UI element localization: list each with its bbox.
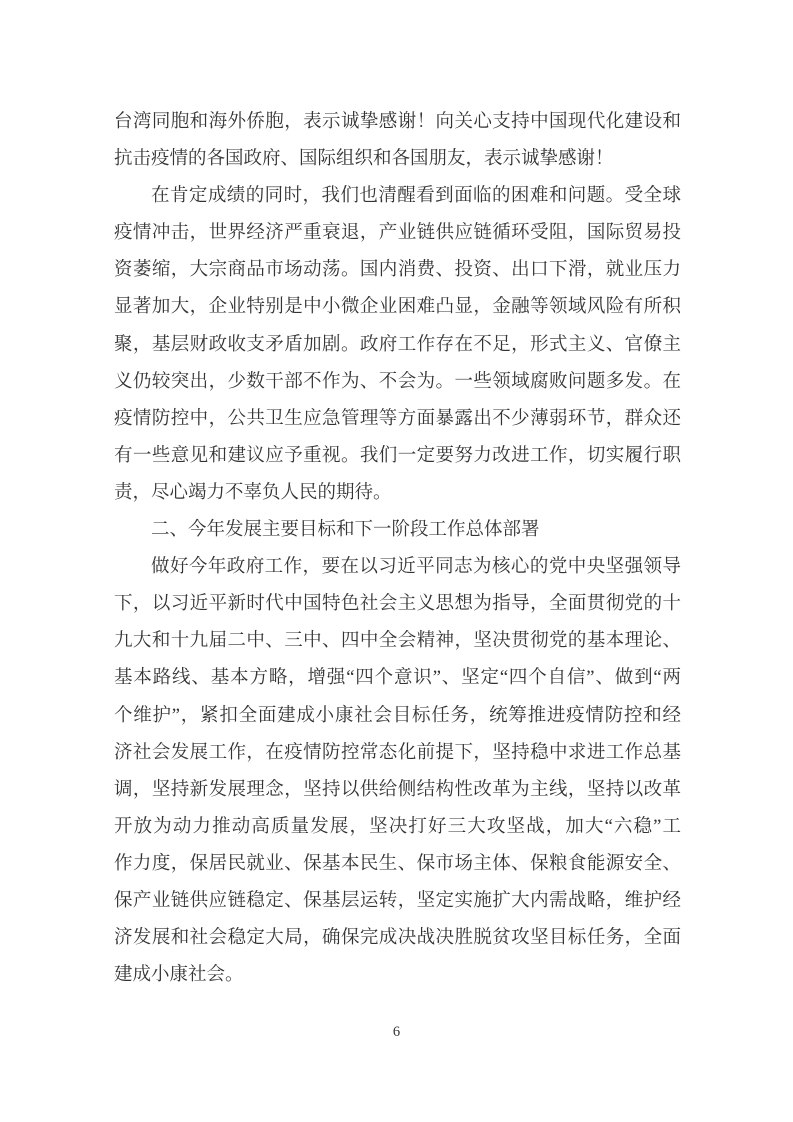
text-line: 下，以习近平新时代中国特色社会主义思想为指导，全面贯彻党的十 xyxy=(114,586,681,623)
text-line: 作力度，保居民就业、保基本民生、保市场主体、保粮食能源安全、 xyxy=(114,846,681,883)
text-line: 在肯定成绩的同时，我们也清醒看到面临的困难和问题。受全球 xyxy=(114,178,681,215)
text-line: 九大和十九届二中、三中、四中全会精神，坚决贯彻党的基本理论、 xyxy=(114,623,681,660)
text-line: 有一些意见和建议应予重视。我们一定要努力改进工作，切实履行职 xyxy=(114,438,681,475)
section-heading: 二、今年发展主要目标和下一阶段工作总体部署 xyxy=(114,512,681,549)
text-line: 保产业链供应链稳定、保基层运转，坚定实施扩大内需战略，维护经 xyxy=(114,883,681,920)
text-line: 疫情冲击，世界经济严重衰退，产业链供应链循环受阻，国际贸易投 xyxy=(114,215,681,252)
text-line: 调，坚持新发展理念，坚持以供给侧结构性改革为主线，坚持以改革 xyxy=(114,772,681,809)
text-line: 济社会发展工作，在疫情防控常态化前提下，坚持稳中求进工作总基 xyxy=(114,735,681,772)
text-line: 做好今年政府工作，要在以习近平同志为核心的党中央坚强领导 xyxy=(114,549,681,586)
text-line: 疫情防控中，公共卫生应急管理等方面暴露出不少薄弱环节，群众还 xyxy=(114,401,681,438)
page-number: 6 xyxy=(393,1024,400,1040)
page-footer: 6 xyxy=(0,1022,793,1042)
text-line: 台湾同胞和海外侨胞，表示诚挚感谢！向关心支持中国现代化建设和 xyxy=(114,104,681,141)
text-line: 责，尽心竭力不辜负人民的期待。 xyxy=(114,475,681,512)
text-line: 义仍较突出，少数干部不作为、不会为。一些领域腐败问题多发。在 xyxy=(114,364,681,401)
document-page: 台湾同胞和海外侨胞，表示诚挚感谢！向关心支持中国现代化建设和 抗击疫情的各国政府… xyxy=(0,0,793,1122)
text-line: 资萎缩，大宗商品市场动荡。国内消费、投资、出口下滑，就业压力 xyxy=(114,252,681,289)
text-line: 抗击疫情的各国政府、国际组织和各国朋友，表示诚挚感谢！ xyxy=(114,141,681,178)
text-line: 个维护”，紧扣全面建成小康社会目标任务，统筹推进疫情防控和经 xyxy=(114,698,681,735)
document-text-block: 台湾同胞和海外侨胞，表示诚挚感谢！向关心支持中国现代化建设和 抗击疫情的各国政府… xyxy=(114,104,681,994)
text-line: 聚，基层财政收支矛盾加剧。政府工作存在不足，形式主义、官僚主 xyxy=(114,327,681,364)
text-line: 基本路线、基本方略，增强“四个意识”、坚定“四个自信”、做到“两 xyxy=(114,660,681,697)
text-line: 开放为动力推动高质量发展，坚决打好三大攻坚战，加大“六稳”工 xyxy=(114,809,681,846)
text-line: 显著加大，企业特别是中小微企业困难凸显，金融等领域风险有所积 xyxy=(114,289,681,326)
text-line: 济发展和社会稳定大局，确保完成决战决胜脱贫攻坚目标任务，全面 xyxy=(114,920,681,957)
text-line: 建成小康社会。 xyxy=(114,957,681,994)
